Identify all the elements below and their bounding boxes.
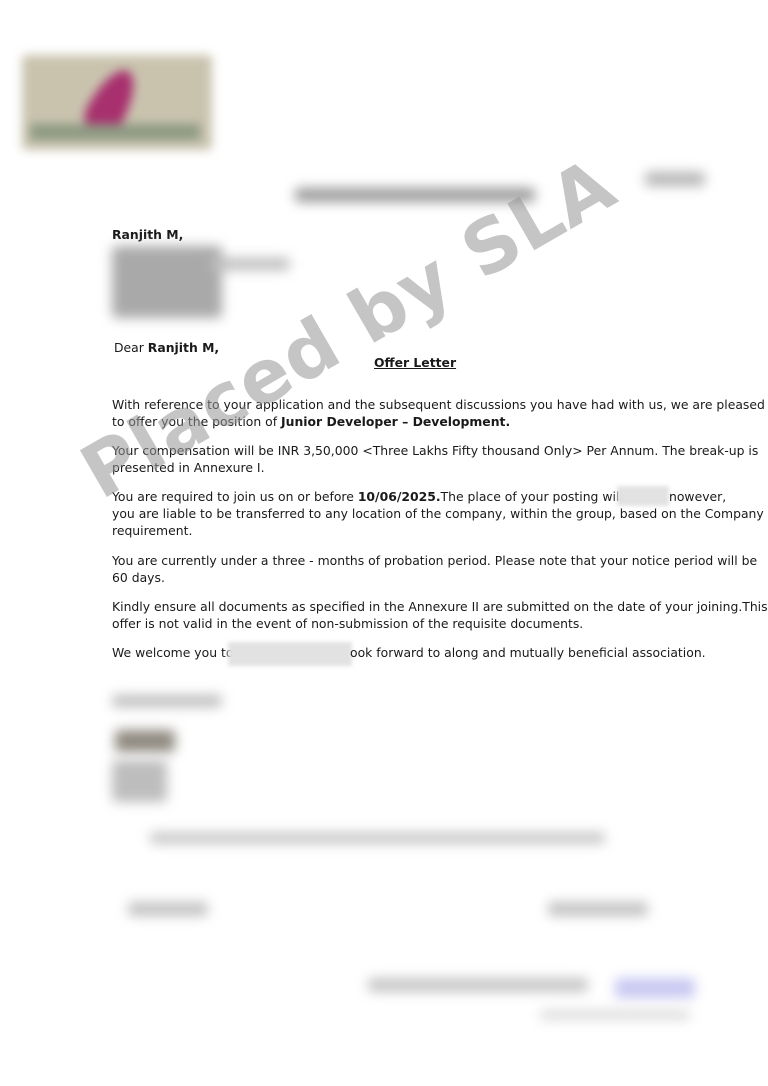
paragraph-compensation-line2: presented in Annexure I. bbox=[112, 459, 265, 477]
redacted-posting-location bbox=[617, 486, 669, 506]
redacted-acceptance-line bbox=[150, 832, 605, 844]
paragraph-joining-line3: requirement. bbox=[112, 522, 192, 540]
position-prefix: to offer you the position of bbox=[112, 414, 281, 429]
redacted-footer-link bbox=[615, 978, 695, 998]
salutation-name: Ranjith M, bbox=[148, 340, 219, 355]
salutation: Dear Ranjith M, bbox=[114, 339, 219, 357]
redacted-date bbox=[645, 172, 705, 186]
paragraph-documents-line2: offer is not valid in the event of non-s… bbox=[112, 615, 583, 633]
salutation-prefix: Dear bbox=[114, 340, 148, 355]
paragraph-joining-line1: You are required to join us on or before… bbox=[112, 488, 635, 506]
redacted-footer-line2 bbox=[540, 1010, 690, 1020]
redacted-signoff bbox=[112, 695, 222, 707]
redacted-signature-left bbox=[128, 902, 208, 916]
joining-prefix: You are required to join us on or before bbox=[112, 489, 358, 504]
paragraph-reference-line2: to offer you the position of Junior Deve… bbox=[112, 413, 510, 431]
logo-band bbox=[30, 124, 200, 140]
paragraph-probation-line1: You are currently under a three - months… bbox=[112, 552, 757, 570]
redacted-signature bbox=[115, 730, 175, 752]
paragraph-reference-line1: With reference to your application and t… bbox=[112, 396, 765, 414]
offer-letter-page: Ranjith M, Dear Ranjith M, Offer Letter … bbox=[0, 0, 768, 1086]
recipient-name: Ranjith M, bbox=[112, 226, 183, 244]
redacted-company-name bbox=[228, 642, 352, 666]
paragraph-compensation-line1: Your compensation will be INR 3,50,000 <… bbox=[112, 442, 758, 460]
paragraph-joining-line2: you are liable to be transferred to any … bbox=[112, 505, 764, 523]
posting-tail: nowever, bbox=[669, 488, 726, 506]
company-logo bbox=[22, 55, 212, 150]
redacted-signature-right bbox=[548, 902, 648, 916]
paragraph-documents-line1: Kindly ensure all documents as specified… bbox=[112, 598, 768, 616]
paragraph-welcome-suffix: ook forward to along and mutually benefi… bbox=[350, 644, 706, 662]
redacted-address bbox=[112, 246, 222, 318]
posting-text: The place of your posting will b bbox=[441, 489, 635, 504]
joining-date: 10/06/2025. bbox=[358, 489, 441, 504]
paragraph-welcome-prefix: We welcome you to bbox=[112, 644, 233, 662]
position-title: Junior Developer – Development. bbox=[281, 414, 510, 429]
document-title: Offer Letter bbox=[374, 354, 456, 372]
paragraph-probation-line2: 60 days. bbox=[112, 569, 165, 587]
redacted-signatory bbox=[112, 760, 167, 802]
redacted-header-text bbox=[295, 188, 535, 202]
redacted-address-line bbox=[210, 258, 290, 270]
redacted-footer-address bbox=[368, 978, 588, 992]
